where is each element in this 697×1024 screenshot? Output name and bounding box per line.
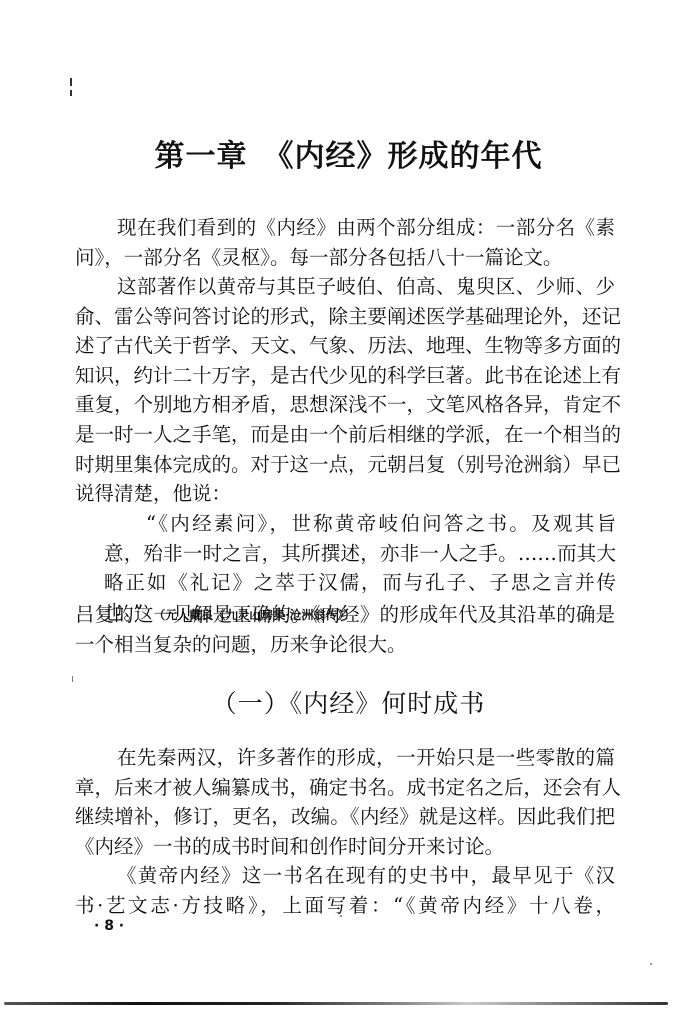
- text-line: 一个相当复杂的问题，历来争论很大。: [75, 630, 615, 660]
- quote-line: 略正如《礼记》之萃于汉儒，而与孔子、子思之言并传: [104, 568, 616, 598]
- text-line: 章，后来才被人编纂成书，确定书名。成书定名之后，还会有人: [75, 773, 615, 803]
- scan-speck: [650, 963, 652, 965]
- text-line: 说得清楚，他说：: [75, 479, 615, 509]
- quote-line: “《内经素问》，世称黄帝岐伯问答之书。及观其旨: [104, 509, 616, 539]
- page-number: · 8 ·: [94, 918, 124, 934]
- text-line: 问》，一部分名《灵枢》。每一部分各包括八十一篇论文。: [75, 243, 615, 273]
- quote-line: 意，殆非一时之言，其所撰述，亦非一人之手。……而其大: [104, 539, 616, 569]
- text-line: 这部著作以黄帝与其臣子岐伯、伯高、鬼臾区、少师、少: [75, 272, 615, 302]
- text-line: 重复，个别地方相矛盾，思想深浅不一，文笔风格各异，肯定不: [75, 390, 615, 420]
- page-edge-line: [4, 1002, 668, 1005]
- text-line: 现在我们看到的《内经》由两个部分组成：一部分名《素: [75, 213, 615, 243]
- text-line: 继续增补，修订，更名，改编。《内经》就是这样。因此我们把: [75, 802, 615, 832]
- scan-mark: [70, 90, 72, 96]
- text-line: 吕复的这一见解是正确的。《内经》的形成年代及其沿革的确是: [75, 600, 615, 630]
- text-line: 《内经》一书的成书时间和创作时间分开来讨论。: [75, 832, 615, 862]
- scan-mark: [72, 676, 73, 682]
- chapter-title: 第一章 《内经》形成的年代: [0, 131, 697, 175]
- scan-mark: [70, 78, 72, 86]
- text-line: 俞、雷公等问答讨论的形式，除主要阐述医学基础理论外，还记: [75, 302, 615, 332]
- text-line: 述了古代关于哲学、天文、气象、历法、地理、生物等多方面的: [75, 331, 615, 361]
- scan-speck: [340, 915, 342, 917]
- section-paragraph-1: 在先秦两汉，许多著作的形成，一开始只是一些零散的篇 章，后来才被人编纂成书，确定…: [75, 743, 615, 861]
- intro-paragraph-2: 这部著作以黄帝与其臣子岐伯、伯高、鬼臾区、少师、少 俞、雷公等问答讨论的形式，除…: [75, 272, 615, 509]
- after-quote-paragraph: 吕复的这一见解是正确的。《内经》的形成年代及其沿革的确是 一个相当复杂的问题，历…: [75, 600, 615, 659]
- text-line: 在先秦两汉，许多著作的形成，一开始只是一些零散的篇: [75, 743, 615, 773]
- text-line: 知识，约计二十万字，是古代少见的科学巨著。此书在论述上有: [75, 361, 615, 391]
- section-title: （一）《内经》何时成书: [0, 684, 697, 720]
- text-line: 《黄帝内经》这一书名在现有的史书中，最早见于《汉: [75, 861, 615, 891]
- intro-paragraph-1: 现在我们看到的《内经》由两个部分组成：一部分名《素 问》，一部分名《灵枢》。每一…: [75, 213, 615, 272]
- text-line: 是一时一人之手笔，而是由一个前后相继的学派，在一个相当的: [75, 420, 615, 450]
- section-paragraph-2: 《黄帝内经》这一书名在现有的史书中，最早见于《汉 书·艺文志·方技略》，上面写着…: [75, 861, 615, 920]
- text-line: 书·艺文志·方技略》，上面写着：“《黄帝内经》十八卷，: [75, 891, 615, 921]
- text-line: 时期里集体完成的。对于这一点，元朝吕复（别号沧洲翁）早已: [75, 450, 615, 480]
